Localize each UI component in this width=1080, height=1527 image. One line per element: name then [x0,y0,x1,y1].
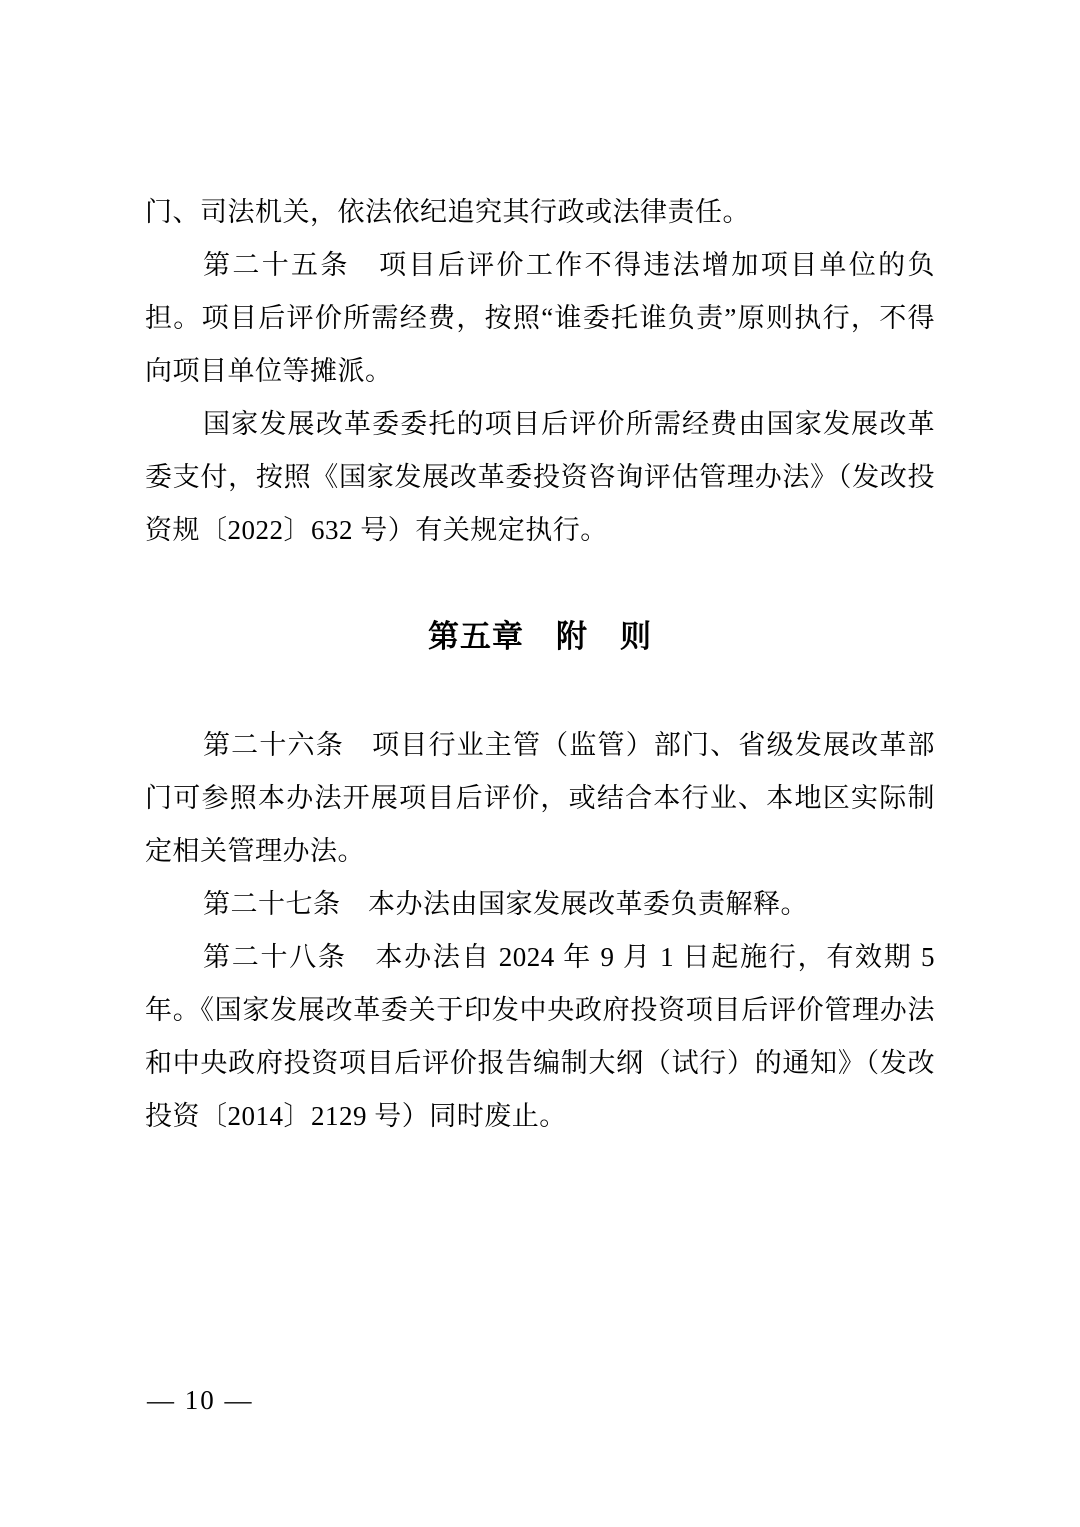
article-27-paragraph: 第二十七条 本办法由国家发展改革委负责解释。 [145,878,935,931]
article-28-paragraph: 第二十八条 本办法自 2024 年 9 月 1 日起施行，有效期 5 年。《国家… [145,931,935,1143]
funding-provision-paragraph: 国家发展改革委委托的项目后评价所需经费由国家发展改革委支付，按照《国家发展改革委… [145,398,935,557]
paragraph-continuation: 门、司法机关，依法依纪追究其行政或法律责任。 [145,186,935,239]
document-body: 门、司法机关，依法依纪追究其行政或法律责任。 第二十五条 项目后评价工作不得违法… [145,186,935,1143]
page-footer: — 10 — [147,1384,254,1416]
chapter-5-heading: 第五章 附 则 [145,610,935,663]
article-25-paragraph: 第二十五条 项目后评价工作不得违法增加项目单位的负担。项目后评价所需经费，按照“… [145,239,935,398]
document-page: 门、司法机关，依法依纪追究其行政或法律责任。 第二十五条 项目后评价工作不得违法… [0,0,1080,1527]
article-26-paragraph: 第二十六条 项目行业主管（监管）部门、省级发展改革部门可参照本办法开展项目后评价… [145,719,935,878]
page-number: — 10 — [147,1385,254,1415]
